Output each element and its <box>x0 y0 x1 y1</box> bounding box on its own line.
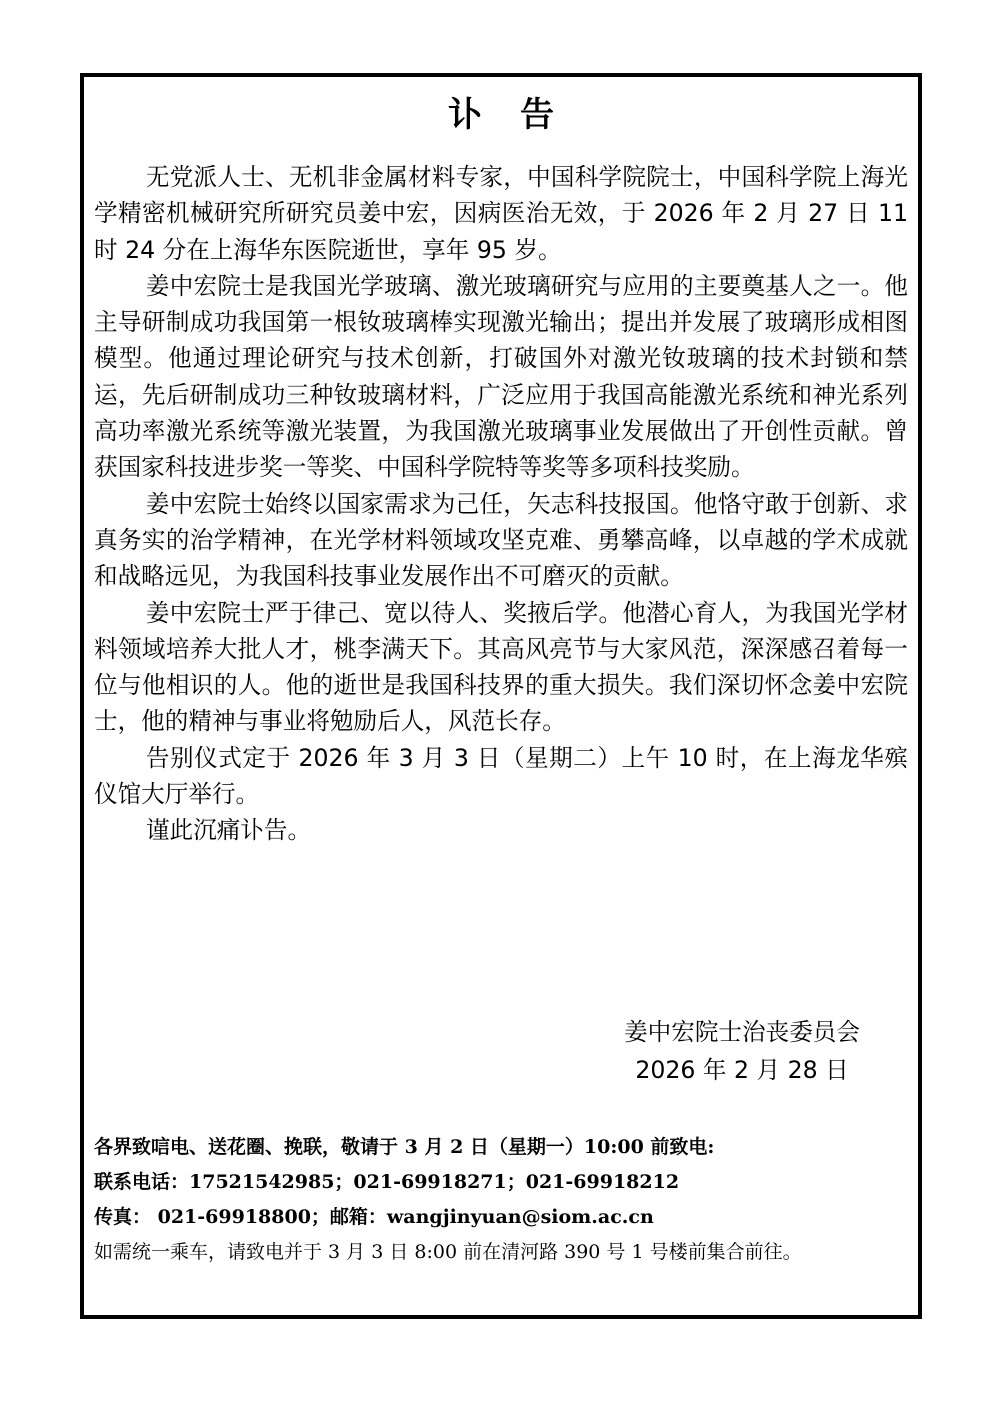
footer-transport: 如需统一乘车，请致电并于 3 月 3 日 8:00 前在清河路 390 号 1 … <box>94 1235 912 1270</box>
contact-footer: 各界致唁电、送花圈、挽联，敬请于 3 月 2 日（星期一）10:00 前致电: … <box>94 1130 912 1270</box>
signature-block: 姜中宏院士治丧委员会 2026 年 2 月 28 日 <box>624 1013 860 1089</box>
footer-fax-email: 传真： 021-69918800；邮箱：wangjinyuan@siom.ac.… <box>94 1200 912 1235</box>
obituary-frame: 讣告 无党派人士、无机非金属材料专家，中国科学院院士，中国科学院上海光学精密机械… <box>80 73 922 1319</box>
paragraph-closing: 谨此沉痛讣告。 <box>94 812 908 848</box>
paragraph-announcement: 无党派人士、无机非金属材料专家，中国科学院院士，中国科学院上海光学精密机械研究所… <box>94 159 908 268</box>
obituary-body: 无党派人士、无机非金属材料专家，中国科学院院士，中国科学院上海光学精密机械研究所… <box>94 159 908 849</box>
paragraph-dedication: 姜中宏院士始终以国家需求为己任，矢志科技报国。他恪守敢于创新、求真务实的治学精神… <box>94 486 908 595</box>
paragraph-achievements: 姜中宏院士是我国光学玻璃、激光玻璃研究与应用的主要奠基人之一。他主导研制成功我国… <box>94 268 908 486</box>
footer-condolence-notice: 各界致唁电、送花圈、挽联，敬请于 3 月 2 日（星期一）10:00 前致电: <box>94 1130 912 1165</box>
signature-committee: 姜中宏院士治丧委员会 <box>624 1013 860 1051</box>
footer-phone: 联系电话：17521542985；021-69918271；021-699182… <box>94 1165 912 1200</box>
signature-date: 2026 年 2 月 28 日 <box>624 1051 860 1089</box>
paragraph-farewell-ceremony: 告别仪式定于 2026 年 3 月 3 日（星期二）上午 10 时，在上海龙华殡… <box>94 740 908 813</box>
paragraph-character: 姜中宏院士严于律己、宽以待人、奖掖后学。他潜心育人，为我国光学材料领域培养大批人… <box>94 595 908 740</box>
document-title: 讣告 <box>84 93 918 137</box>
